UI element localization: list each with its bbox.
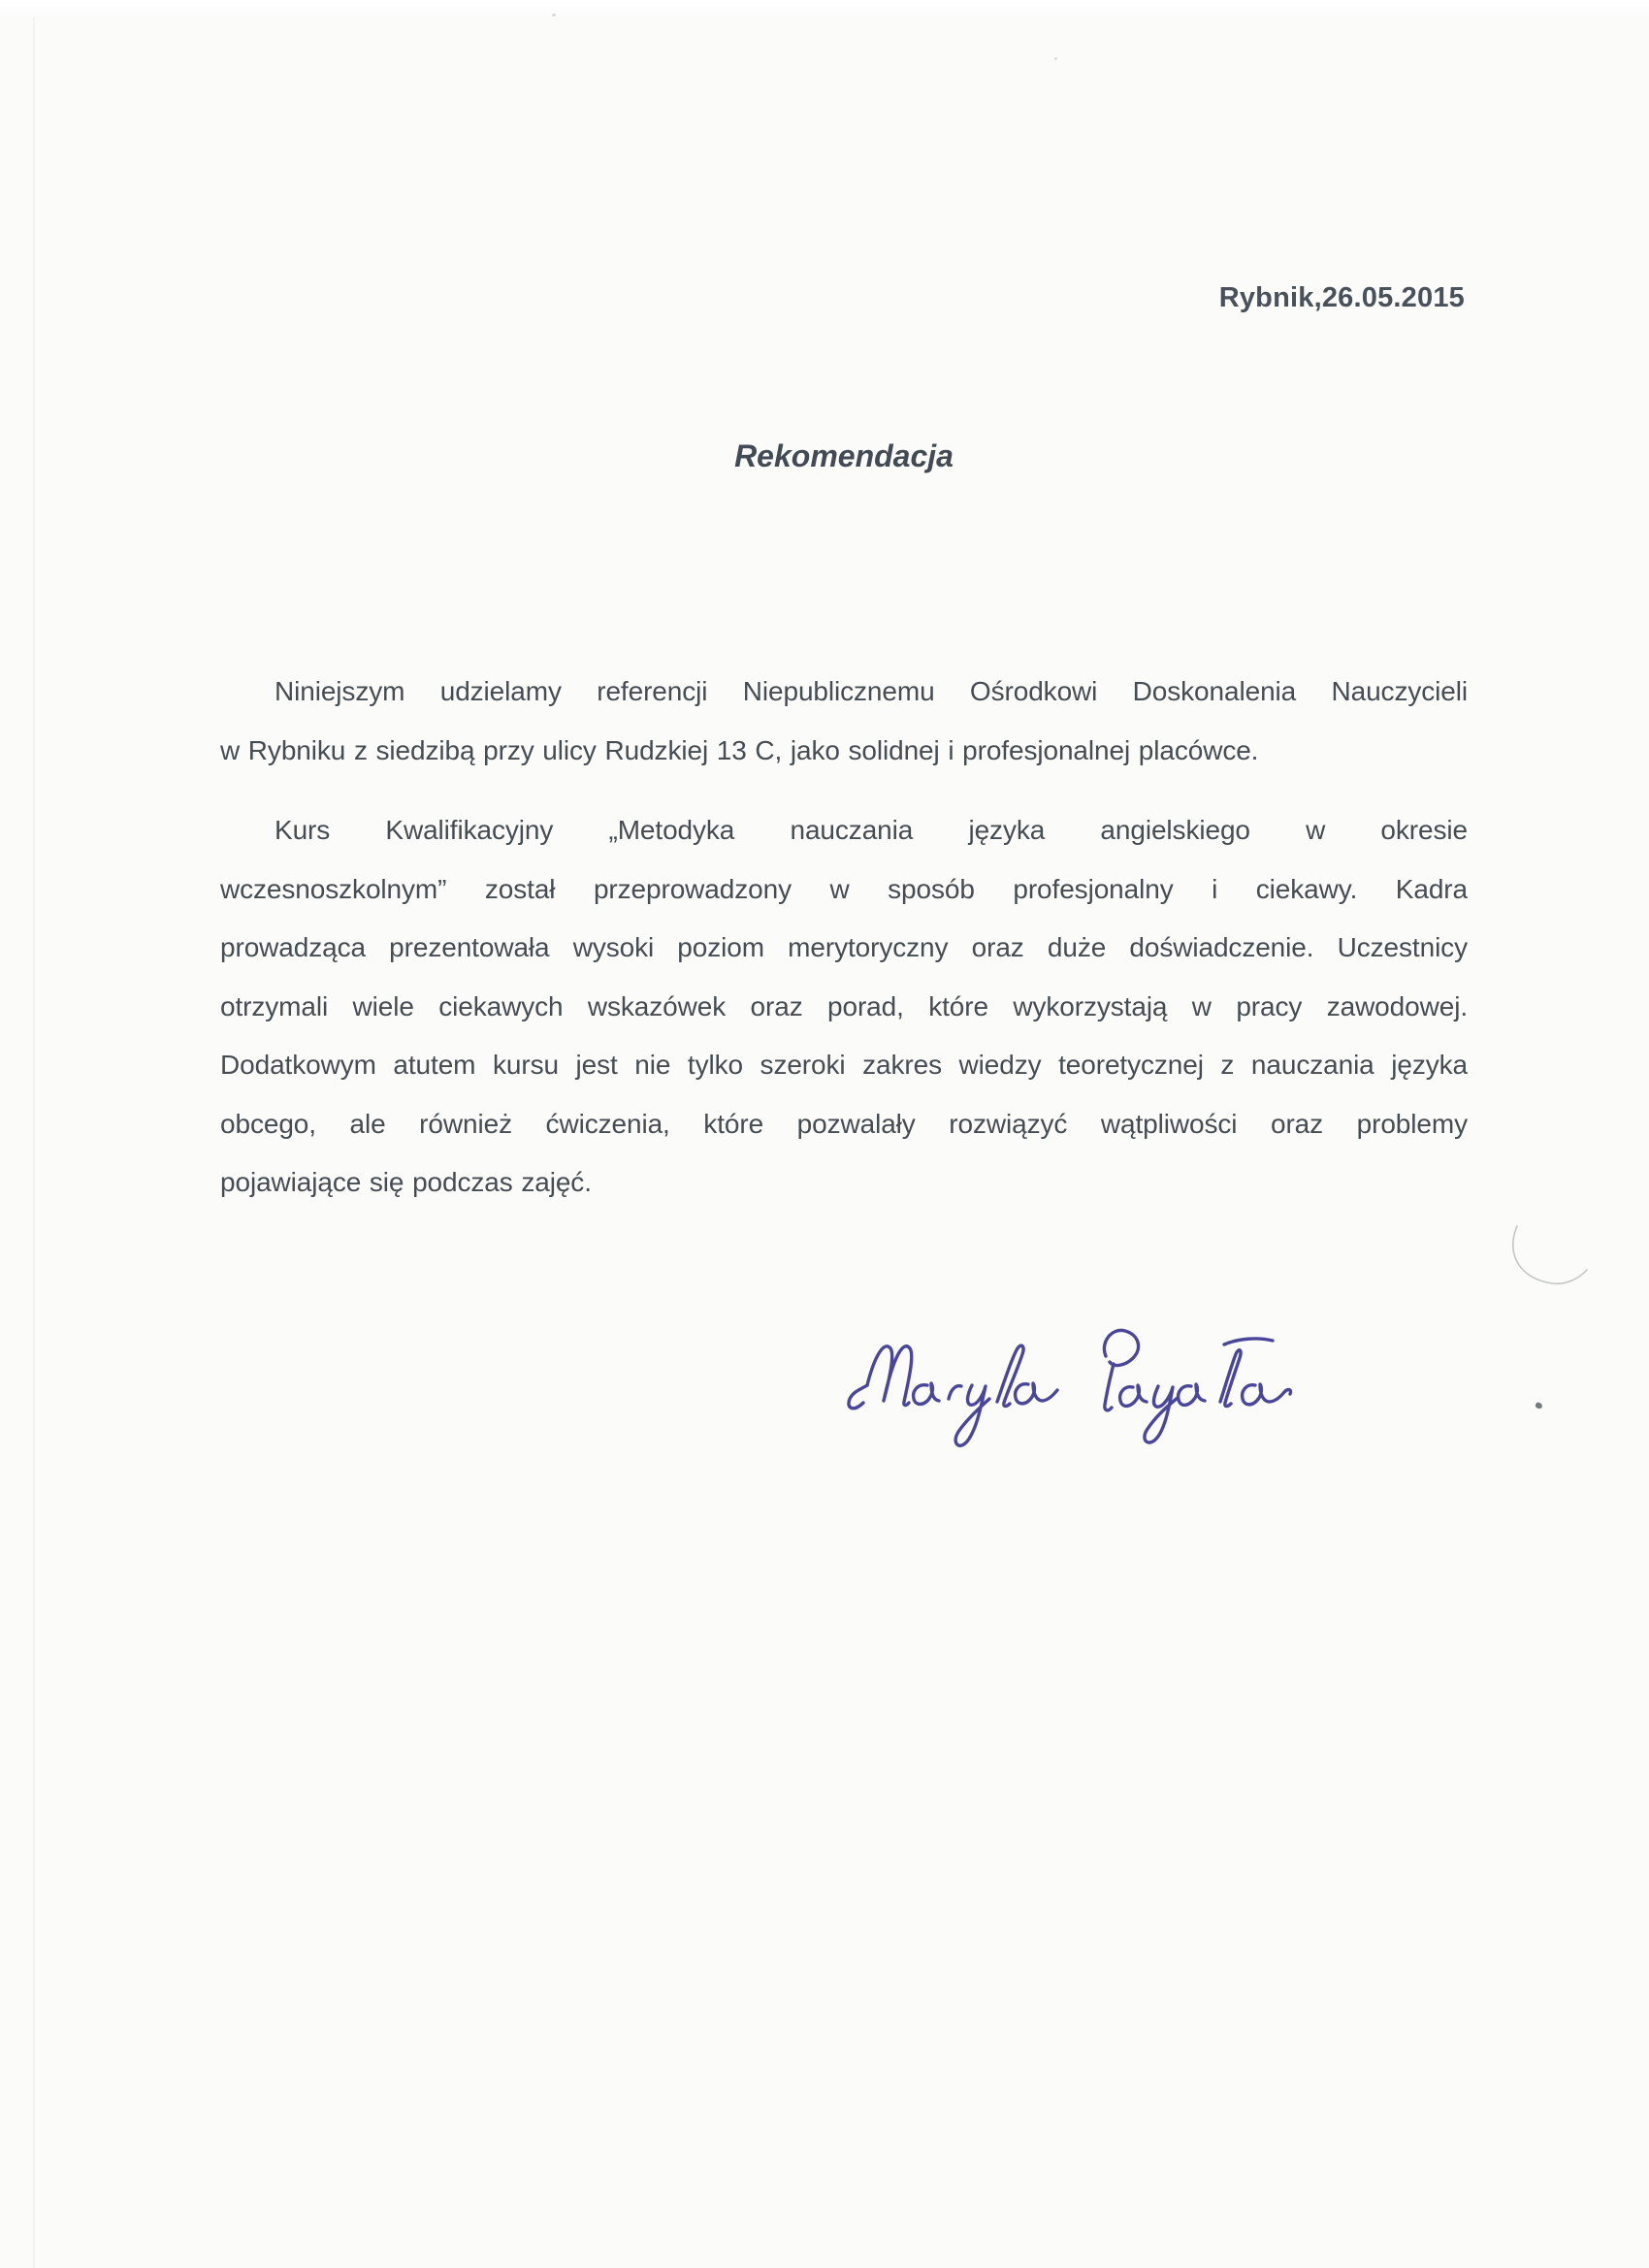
document-title: Rekomendacja xyxy=(220,438,1468,474)
signature-stroke xyxy=(1016,1383,1057,1404)
date-line: Rybnik,26.05.2015 xyxy=(1219,282,1465,314)
handwritten-signature xyxy=(813,1290,1317,1484)
signature-stroke xyxy=(949,1386,961,1399)
signature-stroke xyxy=(849,1385,867,1409)
scan-edge-shading xyxy=(0,0,1649,17)
signature-stroke xyxy=(997,1345,1023,1406)
signature-stroke xyxy=(1145,1386,1178,1442)
signature-stroke xyxy=(955,1385,989,1445)
scan-edge-line xyxy=(33,17,35,2268)
signature-stroke xyxy=(914,1383,939,1404)
signature-stroke xyxy=(867,1346,912,1406)
text-line: Dodatkowym atutem kursu jest nie tylko s… xyxy=(220,1036,1468,1095)
scanned-letter-page: Rybnik,26.05.2015 Rekomendacja Niniejszy… xyxy=(0,0,1649,2268)
scan-speck xyxy=(1054,57,1057,60)
signature-stroke xyxy=(1224,1339,1273,1345)
text-line: pojawiające się podczas zajęć. xyxy=(220,1153,1468,1213)
text-line: Niniejszym udzielamy referencji Niepubli… xyxy=(220,663,1468,722)
paragraph: Kurs Kwalifikacyjny „Metodyka nauczania … xyxy=(220,801,1468,1213)
scan-speck xyxy=(1535,1402,1543,1409)
letter-body: Niniejszym udzielamy referencji Niepubli… xyxy=(220,663,1468,1213)
text-line: prowadząca prezentowała wysoki poziom me… xyxy=(220,919,1468,978)
scan-artifact-arc xyxy=(1502,1216,1595,1298)
text-line: wczesnoszkolnym” został przeprowadzony w… xyxy=(220,860,1468,920)
scan-speck xyxy=(552,14,556,16)
signature-stroke xyxy=(1220,1350,1241,1407)
text-line: otrzymali wiele ciekawych wskazówek oraz… xyxy=(220,978,1468,1037)
text-line: obcego, ale również ćwiczenia, które poz… xyxy=(220,1095,1468,1154)
text-line: w Rybniku z siedzibą przy ulicy Rudzkiej… xyxy=(220,722,1468,781)
text-line: Kurs Kwalifikacyjny „Metodyka nauczania … xyxy=(220,801,1468,860)
signature-stroke xyxy=(1179,1384,1205,1405)
signature-stroke xyxy=(1120,1385,1147,1406)
paragraph: Niniejszym udzielamy referencji Niepubli… xyxy=(220,663,1468,780)
signature-stroke xyxy=(1243,1384,1291,1405)
